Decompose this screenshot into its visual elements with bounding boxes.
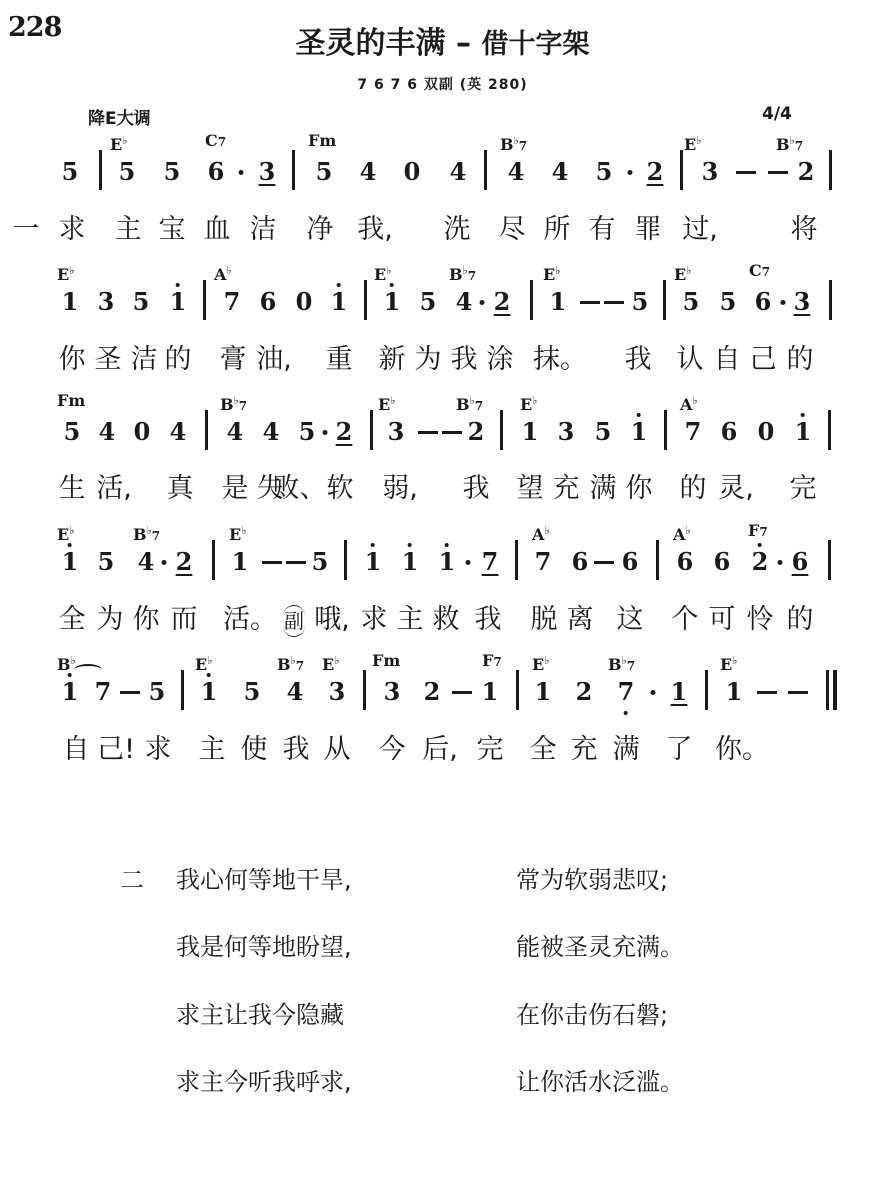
dash <box>442 431 462 434</box>
lyric: 是 <box>222 474 249 504</box>
lyric: 你。 <box>715 735 769 765</box>
lyric: 望 <box>517 474 544 504</box>
dash <box>594 561 614 564</box>
chord: B♭7 <box>449 262 476 285</box>
chord: C7 <box>205 132 226 151</box>
note: 5 <box>632 288 649 316</box>
lyric: 洗 <box>444 215 471 245</box>
dot <box>778 560 783 565</box>
note: 7 <box>685 418 702 446</box>
barline <box>516 670 519 710</box>
note: 5 <box>720 288 737 316</box>
note: 3 <box>388 418 405 446</box>
note: 3 <box>329 678 346 706</box>
note: 5 <box>149 678 166 706</box>
dot <box>480 300 485 305</box>
note: 0 <box>296 288 313 316</box>
note: 4 <box>552 158 569 186</box>
lyric: 己! <box>97 735 135 765</box>
lyric: 重 <box>326 345 353 375</box>
note: 2 <box>176 548 193 576</box>
dot <box>162 560 167 565</box>
barline <box>212 540 215 580</box>
chord: E♭ <box>322 652 339 674</box>
dash <box>768 171 788 174</box>
note: 6 <box>792 548 809 576</box>
chord: E♭ <box>684 132 701 154</box>
barline <box>829 280 832 320</box>
dash <box>286 561 306 564</box>
lyric: 而 <box>171 605 198 635</box>
lyric: 主 <box>115 215 142 245</box>
note: 4 <box>508 158 525 186</box>
lyric: 你 <box>59 345 86 375</box>
lyric: 有 <box>589 215 616 245</box>
lyric: 个 <box>672 605 699 635</box>
note: 4 <box>450 158 467 186</box>
final-barline-thin <box>826 670 829 710</box>
lyric: 怜 <box>747 605 774 635</box>
note: 4 <box>456 288 473 316</box>
lyric: 全 <box>530 735 557 765</box>
notation-row-1: E♭ C7 Fm B♭7 E♭ B♭7 5 5 5 6 3 5 4 0 4 4 … <box>0 132 885 202</box>
note: 5 <box>312 548 329 576</box>
verse-line-left: 我心何等地干旱, <box>176 865 352 895</box>
dot <box>323 430 328 435</box>
chord: B♭7 <box>456 392 483 415</box>
barline <box>292 150 295 190</box>
note: 5 <box>316 158 333 186</box>
barline <box>828 540 831 580</box>
note: 5 <box>420 288 437 316</box>
lyric: 全 <box>59 605 86 635</box>
notation-row-2: E♭ A♭ E♭ B♭7 E♭ E♭ C7 1 3 5 1 7 6 0 1 1 … <box>0 262 885 332</box>
lyric: 己 <box>750 345 777 375</box>
lyric: 后, <box>422 735 458 765</box>
tune-name: 借十字架 <box>481 29 589 60</box>
verse-number: 二 <box>120 865 144 895</box>
lyric: 一 <box>13 215 40 245</box>
chord: E♭ <box>378 392 395 414</box>
note: 4 <box>170 418 187 446</box>
note: 6 <box>208 158 225 186</box>
final-barline-thick <box>833 670 837 710</box>
dash <box>580 301 600 304</box>
dash <box>452 691 472 694</box>
note: 3 <box>702 158 719 186</box>
lyric: 罪 <box>635 215 662 245</box>
note: 6 <box>260 288 277 316</box>
chord: E♭ <box>229 522 246 544</box>
lyric: 的 <box>787 605 814 635</box>
chord: A♭ <box>214 262 232 284</box>
chord: E♭ <box>57 262 74 284</box>
lyric: 为 <box>97 605 124 635</box>
lyric: 尽 <box>499 215 526 245</box>
lyric: 求 <box>361 605 388 635</box>
lyric: 所 <box>544 215 571 245</box>
note-high: 1 <box>331 288 348 316</box>
note: 5 <box>64 418 81 446</box>
note-high: 1 <box>384 288 401 316</box>
barline <box>363 670 366 710</box>
lyric-row-2: 你 圣 洁 的 膏 油, 重 新 为 我 涂 抹。 我 认 自 己 的 <box>0 345 885 385</box>
verse-line-right: 常为软弱悲叹; <box>516 865 668 895</box>
chord: B♭7 <box>133 522 160 545</box>
chord: E♭ <box>543 262 560 284</box>
note: 1 <box>232 548 249 576</box>
song-title: 圣灵的丰满 – 借十字架 <box>0 18 885 62</box>
lyric: 主 <box>397 605 424 635</box>
barline <box>203 280 206 320</box>
lyric: 哦, <box>314 605 350 635</box>
note: 1 <box>726 678 743 706</box>
barline <box>828 410 831 450</box>
note-high: 1 <box>402 548 419 576</box>
barline <box>364 280 367 320</box>
note-high: 1 <box>439 548 456 576</box>
barline <box>680 150 683 190</box>
verse-line-right: 在你击伤石磐; <box>516 1000 668 1030</box>
chord: F7 <box>748 522 768 541</box>
chord: E♭ <box>674 262 691 284</box>
lyric: 我, <box>357 215 393 245</box>
lyric: 油, <box>256 345 292 375</box>
lyric: 膏 <box>220 345 247 375</box>
note: 0 <box>758 418 775 446</box>
meter-info: 7 6 7 6 双副 (英 280) <box>0 74 885 94</box>
note: 4 <box>360 158 377 186</box>
chord: B♭7 <box>500 132 527 155</box>
note: 6 <box>677 548 694 576</box>
note: 3 <box>558 418 575 446</box>
note: 1 <box>671 678 688 706</box>
lyric: 宝 <box>159 215 186 245</box>
notation-row-3: Fm B♭7 E♭ B♭7 E♭ A♭ 5 4 0 4 4 4 5 2 3 2 … <box>0 392 885 462</box>
chord: B♭7 <box>220 392 247 415</box>
barline <box>484 150 487 190</box>
time-signature: 4/4 <box>762 104 792 124</box>
lyric: 洁 <box>131 345 158 375</box>
lyric: 弱, <box>382 474 418 504</box>
note: 0 <box>404 158 421 186</box>
note: 4 <box>287 678 304 706</box>
chord: F7 <box>482 652 502 671</box>
chord: E♭ <box>520 392 537 414</box>
barline <box>344 540 347 580</box>
lyric: 圣 <box>95 345 122 375</box>
lyric: 我 <box>463 474 490 504</box>
barline <box>829 150 832 190</box>
note: 4 <box>263 418 280 446</box>
lyric: 将 <box>791 215 818 245</box>
lyric: 活, <box>96 474 132 504</box>
chord: Fm <box>372 652 400 670</box>
note-high: 1 <box>62 548 79 576</box>
lyric-row-4: 全 为 你 而 活。 副 哦, 求 主 救 我 脱 离 这 个 可 怜 的 <box>0 605 885 645</box>
note: 2 <box>424 678 441 706</box>
lyric: 了 <box>666 735 693 765</box>
lyric: 可 <box>709 605 736 635</box>
lyric: 过, <box>682 215 718 245</box>
barline <box>370 410 373 450</box>
lyric: 涂 <box>487 345 514 375</box>
lyric: 求 <box>59 215 86 245</box>
lyric: 我 <box>283 735 310 765</box>
note: 5 <box>133 288 150 316</box>
note-high: 1 <box>795 418 812 446</box>
verse-line-right: 能被圣灵充满。 <box>516 932 684 962</box>
note: 6 <box>622 548 639 576</box>
note: 7 <box>482 548 499 576</box>
lyric: 净 <box>307 215 334 245</box>
note: 2 <box>468 418 485 446</box>
dot <box>239 170 244 175</box>
chord: E♭ <box>374 262 391 284</box>
lyric: 使 <box>241 735 268 765</box>
note: 5 <box>119 158 136 186</box>
note: 4 <box>227 418 244 446</box>
barline <box>656 540 659 580</box>
lyric: 新 <box>379 345 406 375</box>
chord: E♭ <box>57 522 74 544</box>
chord: E♭ <box>195 652 212 674</box>
note: 3 <box>259 158 276 186</box>
lyric: 我 <box>451 345 478 375</box>
dot <box>466 560 471 565</box>
chord: E♭ <box>532 652 549 674</box>
dash <box>736 171 756 174</box>
note: 6 <box>714 548 731 576</box>
lyric-row-5: 自 己! 求 主 使 我 从 今 后, 完 全 充 满 了 你。 <box>0 735 885 775</box>
note: 1 <box>62 288 79 316</box>
note: 5 <box>244 678 261 706</box>
notation-row-5: B♭ E♭ B♭7 E♭ Fm F7 E♭ B♭7 E♭ 1 7 5 1 5 4… <box>0 652 885 722</box>
lyric: 灵, <box>718 474 754 504</box>
lyric: 真 <box>167 474 194 504</box>
lyric: 洁 <box>250 215 277 245</box>
lyric: 充 <box>571 735 598 765</box>
dash <box>262 561 282 564</box>
chord: C7 <box>749 262 770 281</box>
lyric: 的 <box>680 474 707 504</box>
lyric: 自 <box>714 345 741 375</box>
lyric: 脱 <box>531 605 558 635</box>
note: 2 <box>798 158 815 186</box>
chord: B♭7 <box>776 132 803 155</box>
dot <box>651 690 656 695</box>
note-high: 1 <box>201 678 218 706</box>
refrain-mark: 副 <box>283 605 305 637</box>
lyric: 抹。 <box>533 345 587 375</box>
chord: A♭ <box>532 522 550 544</box>
lyric: 的 <box>787 345 814 375</box>
dash <box>788 691 808 694</box>
note: 1 <box>482 678 499 706</box>
lyric: 你 <box>133 605 160 635</box>
lyric-row-3: 生 活, 真 是 失 败、软 弱, 我 望 充 满 你 的 灵, 完 <box>0 474 885 514</box>
note-low: 7 <box>618 678 635 706</box>
lyric: 求 <box>145 735 172 765</box>
note: 3 <box>794 288 811 316</box>
chord: E♭ <box>110 132 127 154</box>
note: 4 <box>99 418 116 446</box>
title-separator: – <box>456 26 471 61</box>
note: 3 <box>98 288 115 316</box>
note: 5 <box>595 418 612 446</box>
note: 0 <box>134 418 151 446</box>
barline <box>181 670 184 710</box>
note: 4 <box>138 548 155 576</box>
note-high: 1 <box>62 678 79 706</box>
lyric: 今 <box>379 735 406 765</box>
verse-line-left: 求主让我今隐藏 <box>176 1000 344 1030</box>
notation-row-4: E♭ B♭7 E♭ A♭ A♭ F7 1 5 4 2 1 5 1 1 1 7 7… <box>0 522 885 592</box>
note: 5 <box>98 548 115 576</box>
note: 5 <box>596 158 613 186</box>
note-high: 1 <box>631 418 648 446</box>
barline <box>663 280 666 320</box>
barline <box>530 280 533 320</box>
barline <box>705 670 708 710</box>
lyric: 我 <box>625 345 652 375</box>
lyric: 血 <box>204 215 231 245</box>
lyric: 从 <box>324 735 351 765</box>
note: 1 <box>550 288 567 316</box>
dash <box>120 691 140 694</box>
note: 6 <box>721 418 738 446</box>
dash <box>757 691 777 694</box>
lyric: 的 <box>165 345 192 375</box>
lyric: 满 <box>590 474 617 504</box>
note: 5 <box>62 158 79 186</box>
note: 6 <box>755 288 772 316</box>
lyric: 这 <box>617 605 644 635</box>
note-high: 1 <box>170 288 187 316</box>
chord: E♭ <box>720 652 737 674</box>
dash <box>418 431 438 434</box>
lyric: 完 <box>477 735 504 765</box>
lyric: 活。 <box>223 605 277 635</box>
note: 5 <box>299 418 316 446</box>
lyric: 认 <box>677 345 704 375</box>
lyric: 充 <box>553 474 580 504</box>
note: 1 <box>522 418 539 446</box>
note: 2 <box>336 418 353 446</box>
lyric: 为 <box>415 345 442 375</box>
verse-line-left: 求主今听我呼求, <box>176 1067 352 1097</box>
note: 5 <box>164 158 181 186</box>
chord: B♭7 <box>608 652 635 675</box>
dot <box>628 170 633 175</box>
note: 2 <box>647 158 664 186</box>
note: 7 <box>95 678 112 706</box>
dot <box>781 300 786 305</box>
note: 3 <box>384 678 401 706</box>
lyric: 自 <box>63 735 90 765</box>
note: 2 <box>494 288 511 316</box>
chord: A♭ <box>673 522 691 544</box>
lyric: 满 <box>613 735 640 765</box>
chord: B♭7 <box>277 652 304 675</box>
dash <box>604 301 624 304</box>
note-high: 1 <box>365 548 382 576</box>
note: 1 <box>535 678 552 706</box>
note: 7 <box>224 288 241 316</box>
note: 2 <box>576 678 593 706</box>
lyric: 败、软 <box>273 474 354 504</box>
lyric: 离 <box>567 605 594 635</box>
key-signature: 降E大调 <box>88 104 151 129</box>
barline <box>99 150 102 190</box>
note: 7 <box>535 548 552 576</box>
verse-line-left: 我是何等地盼望, <box>176 932 352 962</box>
note: 5 <box>683 288 700 316</box>
chord: Fm <box>57 392 85 410</box>
barline <box>515 540 518 580</box>
barline <box>664 410 667 450</box>
lyric: 完 <box>790 474 817 504</box>
chord: Fm <box>308 132 336 150</box>
note: 6 <box>572 548 589 576</box>
lyric-row-1: 一 求 主 宝 血 洁 净 我, 洗 尽 所 有 罪 过, 将 <box>0 215 885 255</box>
lyric: 救 <box>433 605 460 635</box>
lyric: 你 <box>626 474 653 504</box>
barline <box>205 410 208 450</box>
note-high: 2 <box>752 548 769 576</box>
slur <box>74 664 102 676</box>
barline <box>500 410 503 450</box>
chord: B♭ <box>57 652 76 674</box>
chord: A♭ <box>680 392 698 414</box>
lyric: 生 <box>59 474 86 504</box>
verse-line-right: 让你活水泛滥。 <box>516 1067 684 1097</box>
lyric: 主 <box>199 735 226 765</box>
title-main: 圣灵的丰满 <box>296 26 446 61</box>
lyric: 我 <box>475 605 502 635</box>
